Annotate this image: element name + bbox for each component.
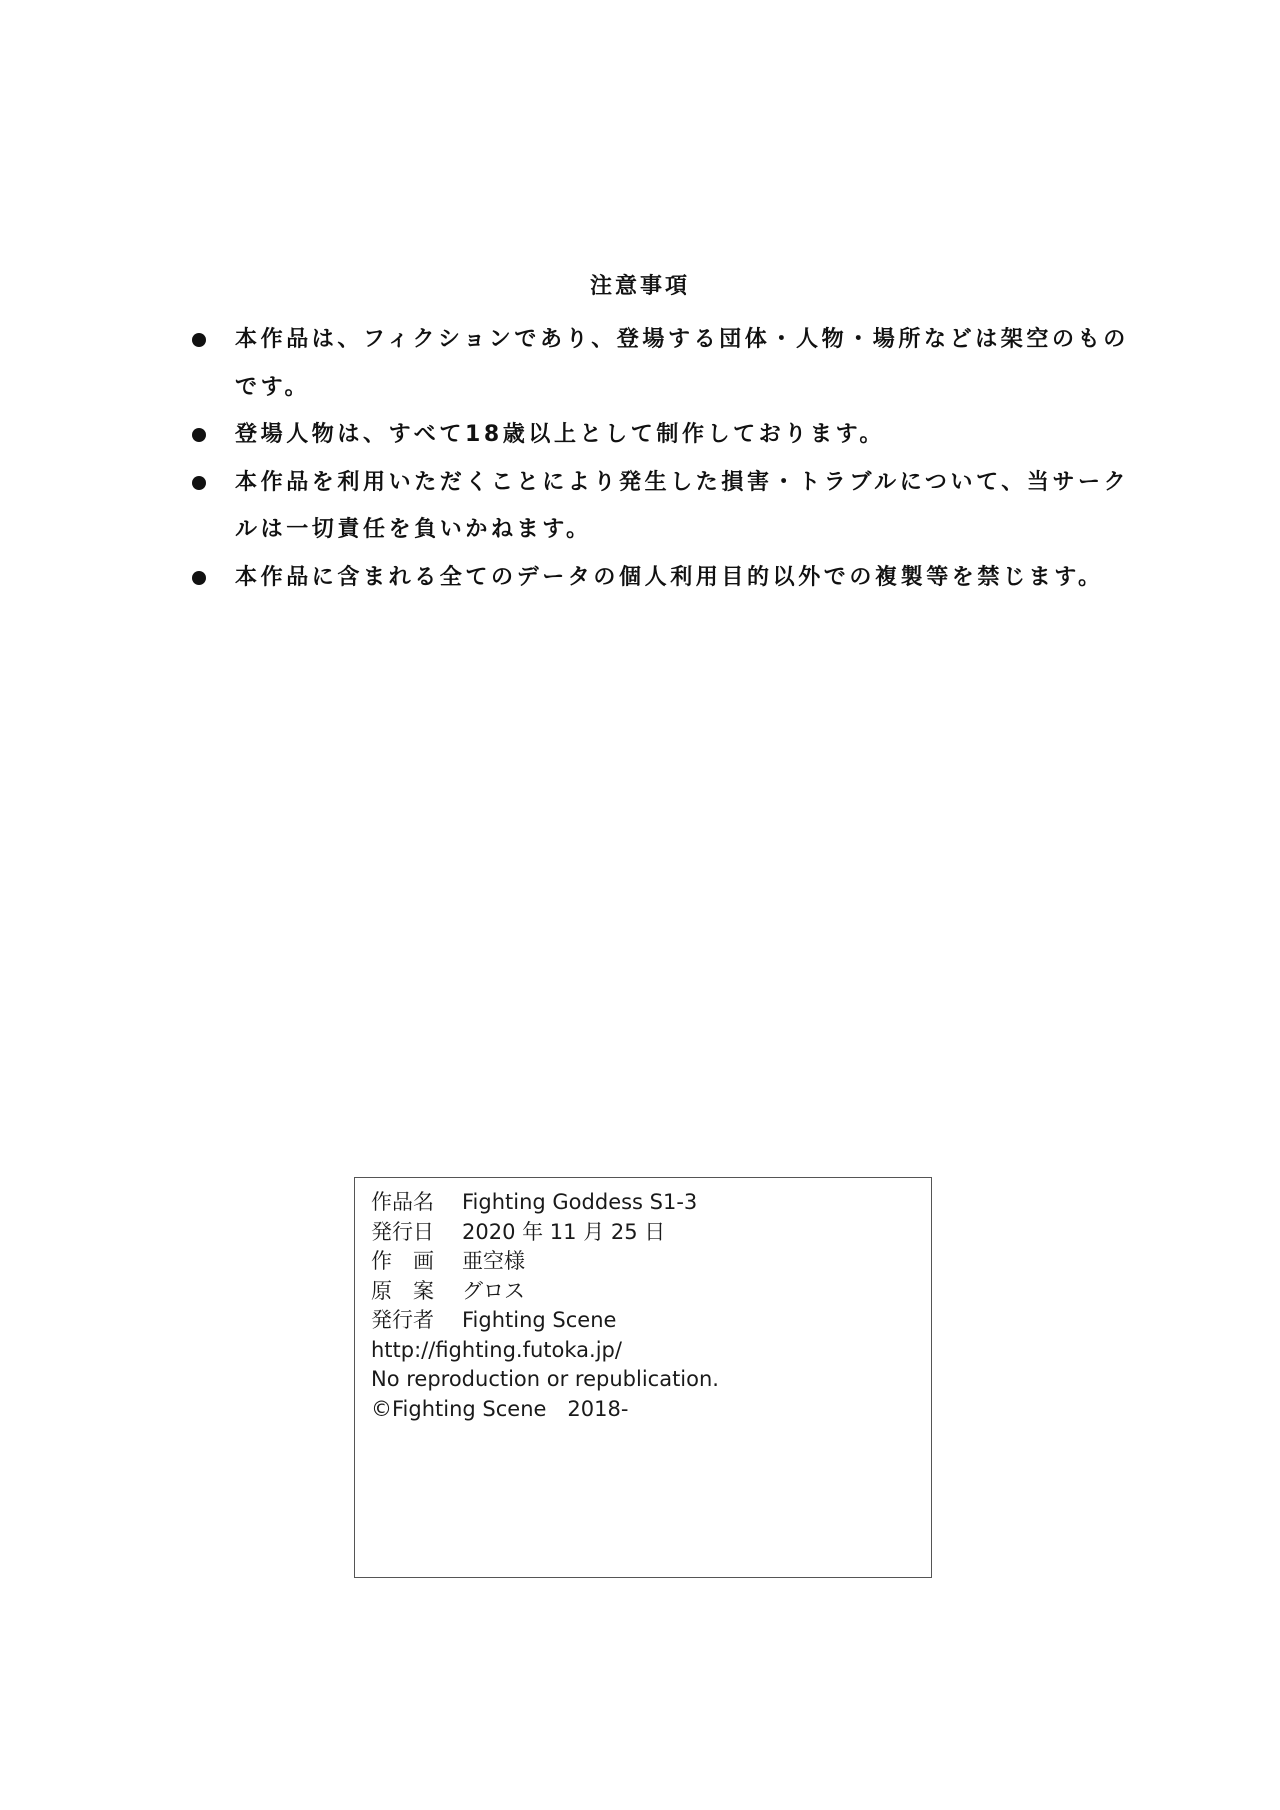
row-label: 作 画 [371, 1247, 462, 1277]
colophon-box: 作品名Fighting Goddess S1-3 発行日2020 年 11 月 … [354, 1177, 932, 1578]
bullet-icon [192, 476, 206, 490]
colophon-url: http://fighting.futoka.jp/ [371, 1336, 719, 1366]
row-value: グロス [462, 1279, 525, 1303]
row-value: 2020 年 11 月 25 日 [462, 1220, 665, 1244]
colophon-row-concept: 原 案グロス [371, 1277, 719, 1307]
notice-text: 本作品を利用いただくことにより発生した損害・トラブルについて、当サークルは一切責… [235, 470, 1129, 543]
notice-item: 本作品を利用いただくことにより発生した損害・トラブルについて、当サークルは一切責… [186, 459, 1146, 554]
notice-title: 注意事項 [0, 272, 1280, 302]
colophon-rows: 作品名Fighting Goddess S1-3 発行日2020 年 11 月 … [371, 1188, 719, 1424]
bullet-icon [192, 428, 206, 442]
bullet-icon [192, 333, 206, 347]
row-value: Fighting Goddess S1-3 [462, 1190, 697, 1214]
notice-item: 登場人物は、すべて18歳以上として制作しております。 [186, 411, 1146, 459]
notice-text: 本作品は、フィクションであり、登場する団体・人物・場所などは架空のものです。 [235, 327, 1129, 400]
colophon-row-publisher: 発行者Fighting Scene [371, 1306, 719, 1336]
row-label: 原 案 [371, 1277, 462, 1307]
notice-list: 本作品は、フィクションであり、登場する団体・人物・場所などは架空のものです。 登… [186, 316, 1146, 602]
colophon-notice: No reproduction or republication. [371, 1365, 719, 1395]
colophon-row-title: 作品名Fighting Goddess S1-3 [371, 1188, 719, 1218]
colophon-row-date: 発行日2020 年 11 月 25 日 [371, 1218, 719, 1248]
bullet-icon [192, 571, 206, 585]
notice-text: 登場人物は、すべて18歳以上として制作しております。 [235, 422, 885, 447]
row-label: 発行日 [371, 1218, 462, 1248]
notice-item: 本作品に含まれる全てのデータの個人利用目的以外での複製等を禁じます。 [186, 554, 1146, 602]
row-label: 作品名 [371, 1188, 462, 1218]
row-value: Fighting Scene [462, 1308, 616, 1332]
colophon-copyright: ©Fighting Scene 2018- [371, 1395, 719, 1425]
notice-text: 本作品に含まれる全てのデータの個人利用目的以外での複製等を禁じます。 [235, 565, 1104, 590]
row-label: 発行者 [371, 1306, 462, 1336]
colophon-row-artist: 作 画亜空様 [371, 1247, 719, 1277]
notice-item: 本作品は、フィクションであり、登場する団体・人物・場所などは架空のものです。 [186, 316, 1146, 411]
row-value: 亜空様 [462, 1249, 525, 1273]
